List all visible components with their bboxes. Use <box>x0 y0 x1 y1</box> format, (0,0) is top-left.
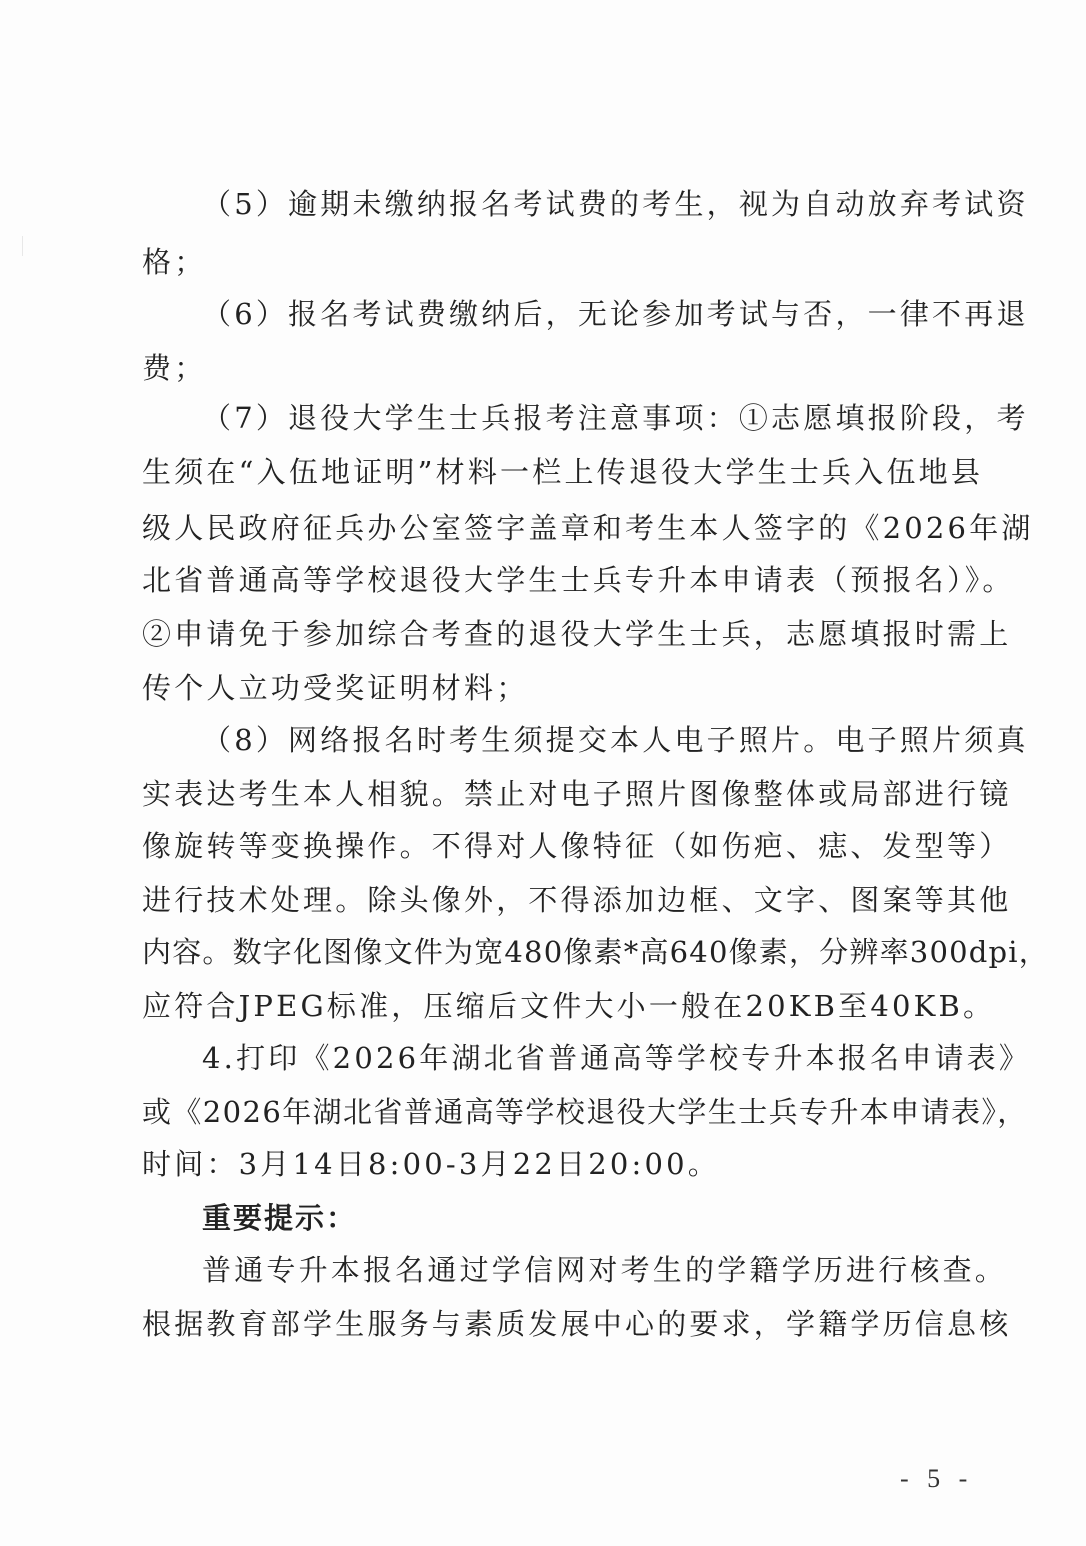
item-7-line-4: 北省普通高等学校退役大学生士兵专升本申请表（预报名）》。 <box>142 560 972 600</box>
item-8-line-6: 应符合JPEG标准，压缩后文件大小一般在20KB至40KB。 <box>142 986 972 1026</box>
item-8-line-2: 实表达考生本人相貌。禁止对电子照片图像整体或局部进行镜 <box>142 774 972 814</box>
section-4-line-2: 或《2026年湖北省普通高等学校退役大学生士兵专升本申请表》， <box>142 1092 972 1132</box>
item-7-line-5: ②申请免于参加综合考查的退役大学生士兵，志愿填报时需上 <box>142 614 972 654</box>
item-7-line-3: 级人民政府征兵办公室签字盖章和考生本人签字的《2026年湖 <box>142 508 972 548</box>
item-5-line-2: 格； <box>142 242 972 282</box>
document-page: （5）逾期未缴纳报名考试费的考生，视为自动放弃考试资 格； （6）报名考试费缴纳… <box>0 0 1086 1546</box>
item-6-line-1: （6）报名考试费缴纳后，无论参加考试与否，一律不再退 <box>202 294 972 334</box>
important-notice-heading: 重要提示： <box>202 1198 972 1238</box>
item-8-line-1: （8）网络报名时考生须提交本人电子照片。电子照片须真 <box>202 720 972 760</box>
item-7-line-1: （7）退役大学生士兵报考注意事项：①志愿填报阶段，考 <box>202 398 972 438</box>
scan-artifact <box>22 236 23 256</box>
section-4-line-3: 时间：3月14日8:00-3月22日20:00。 <box>142 1144 972 1184</box>
page-number: - 5 - <box>900 1462 973 1496</box>
item-5-line-1: （5）逾期未缴纳报名考试费的考生，视为自动放弃考试资 <box>202 184 972 224</box>
item-7-line-2: 生须在“入伍地证明”材料一栏上传退役大学生士兵入伍地县 <box>142 452 972 492</box>
section-4-line-1: 4.打印《2026年湖北省普通高等学校专升本报名申请表》 <box>202 1038 972 1078</box>
item-8-line-5: 内容。数字化图像文件为宽480像素*高640像素，分辨率300dpi， <box>142 932 972 972</box>
item-8-line-3: 像旋转等变换操作。不得对人像特征（如伤疤、痣、发型等） <box>142 826 972 866</box>
item-6-line-2: 费； <box>142 348 972 388</box>
item-8-line-4: 进行技术处理。除头像外，不得添加边框、文字、图案等其他 <box>142 880 972 920</box>
notice-line-1: 普通专升本报名通过学信网对考生的学籍学历进行核查。 <box>202 1250 972 1290</box>
item-7-line-6: 传个人立功受奖证明材料； <box>142 668 972 708</box>
notice-line-2: 根据教育部学生服务与素质发展中心的要求，学籍学历信息核 <box>142 1304 972 1344</box>
